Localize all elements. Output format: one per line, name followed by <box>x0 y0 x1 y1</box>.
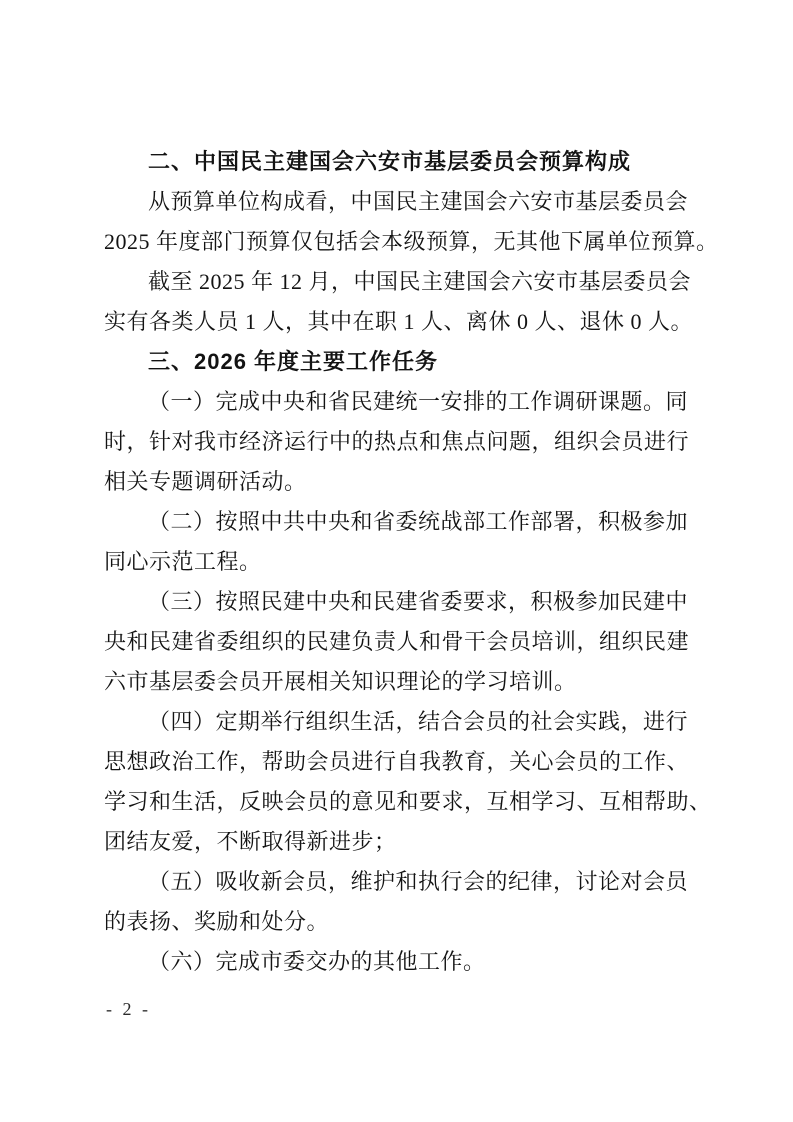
body-line: （二）按照中共中央和省委统战部工作部署，积极参加 <box>104 502 688 542</box>
body-line: （三）按照民建中央和民建省委要求，积极参加民建中 <box>104 582 688 622</box>
body-line: 实有各类人员 1 人，其中在职 1 人、离休 0 人、退休 0 人。 <box>104 302 688 342</box>
body-line: 截至 2025 年 12 月，中国民主建国会六安市基层委员会 <box>104 262 688 302</box>
document-body: 二、中国民主建国会六安市基层委员会预算构成 从预算单位构成看，中国民主建国会六安… <box>104 142 688 982</box>
body-line: 从预算单位构成看，中国民主建国会六安市基层委员会 <box>104 182 688 222</box>
body-line: 同心示范工程。 <box>104 542 688 582</box>
body-line: 学习和生活，反映会员的意见和要求，互相学习、互相帮助、 <box>104 782 688 822</box>
body-line: 相关专题调研活动。 <box>104 462 688 502</box>
body-line: （六）完成市委交办的其他工作。 <box>104 942 688 982</box>
document-page: 二、中国民主建国会六安市基层委员会预算构成 从预算单位构成看，中国民主建国会六安… <box>0 0 793 1122</box>
body-line: 时，针对我市经济运行中的热点和焦点问题，组织会员进行 <box>104 422 688 462</box>
body-line: 的表扬、奖励和处分。 <box>104 902 688 942</box>
page-number: - 2 - <box>106 998 151 1020</box>
body-line: 2025 年度部门预算仅包括会本级预算，无其他下属单位预算。 <box>104 222 688 262</box>
body-line: （四）定期举行组织生活，结合会员的社会实践，进行 <box>104 702 688 742</box>
section-heading-2026-tasks: 三、2026 年度主要工作任务 <box>104 342 688 382</box>
body-line: 思想政治工作，帮助会员进行自我教育，关心会员的工作、 <box>104 742 688 782</box>
body-line: （五）吸收新会员，维护和执行会的纪律，讨论对会员 <box>104 862 688 902</box>
body-line: （一）完成中央和省民建统一安排的工作调研课题。同 <box>104 382 688 422</box>
section-heading-budget-composition: 二、中国民主建国会六安市基层委员会预算构成 <box>104 142 688 182</box>
body-line: 六市基层委会员开展相关知识理论的学习培训。 <box>104 662 688 702</box>
body-line: 团结友爱，不断取得新进步； <box>104 822 688 862</box>
body-line: 央和民建省委组织的民建负责人和骨干会员培训，组织民建 <box>104 622 688 662</box>
